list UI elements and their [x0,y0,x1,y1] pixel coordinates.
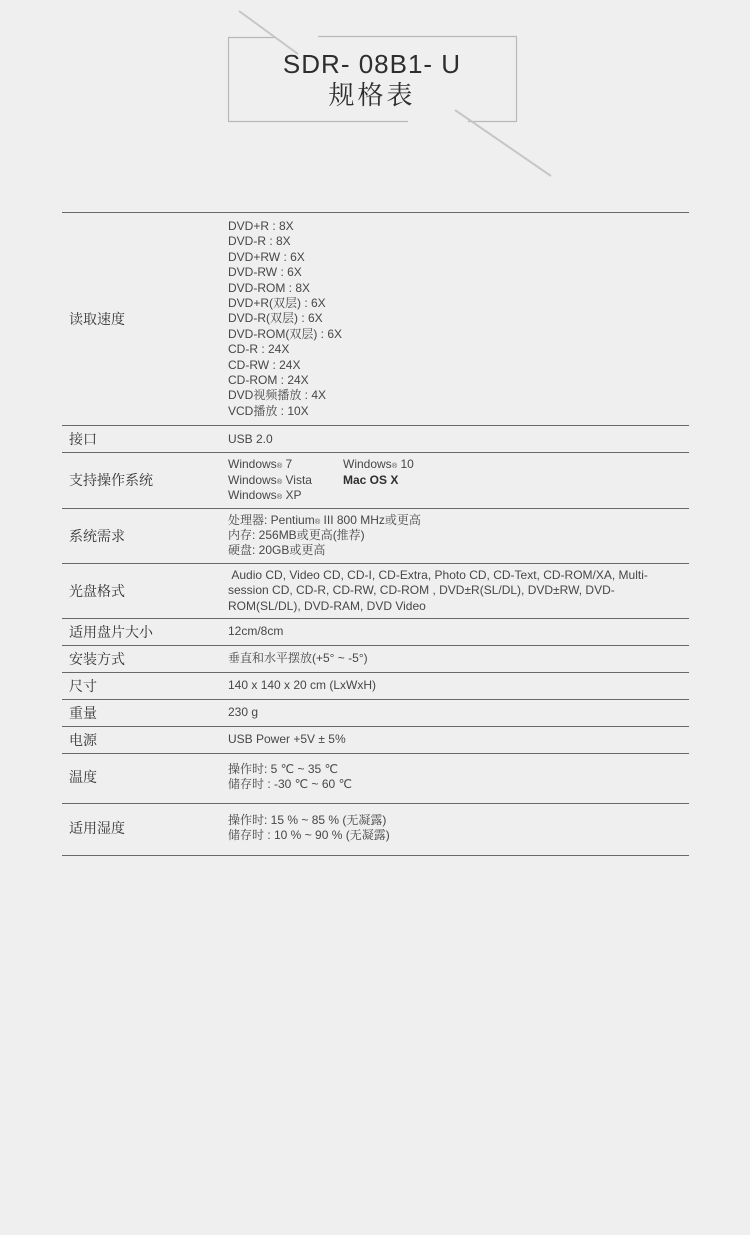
spec-row-label: 温度 [62,768,228,786]
os-item: Windows® Vista [228,473,343,488]
spec-value-line: 操作时: 5 ℃ ~ 35 ℃ [228,762,679,777]
spec-row-label: 系统需求 [62,527,228,545]
spec-value-line: DVD-RW : 6X [228,265,679,280]
spec-row: 读取速度 DVD+R : 8XDVD-R : 8XDVD+RW : 6XDVD-… [62,212,689,425]
spec-row: 适用湿度 操作时: 15 % ~ 85 % (无凝露)储存时 : 10 % ~ … [62,803,689,855]
spec-row-value: 操作时: 5 ℃ ~ 35 ℃储存时 : -30 ℃ ~ 60 ℃ [228,762,689,793]
spec-value-line: 操作时: 15 % ~ 85 % (无凝露) [228,813,679,828]
spec-row: 适用盘片大小 12cm/8cm [62,618,689,645]
os-column: Windows® 7Windows® VistaWindows® XP [228,457,343,503]
spec-row-label: 电源 [62,731,228,749]
spec-row-label: 安装方式 [62,650,228,668]
spec-row-value: USB Power +5V ± 5% [228,732,689,747]
spec-row-label: 尺寸 [62,677,228,695]
spec-value-line: USB Power +5V ± 5% [228,732,679,747]
spec-sheet-page: SDR- 08B1- U 规格表 读取速度 DVD+R : 8XDVD-R : … [0,0,750,1235]
spec-table: 读取速度 DVD+R : 8XDVD-R : 8XDVD+RW : 6XDVD-… [62,212,689,856]
os-item: Windows® 10 [343,457,414,472]
os-item: Windows® XP [228,488,343,503]
spec-value-line: DVD视频播放 : 4X [228,388,679,403]
spec-row-label: 光盘格式 [62,582,228,600]
spec-value-line: 储存时 : 10 % ~ 90 % (无凝露) [228,828,679,843]
spec-value-line: DVD+RW : 6X [228,250,679,265]
spec-row-value: 操作时: 15 % ~ 85 % (无凝露)储存时 : 10 % ~ 90 % … [228,813,689,844]
spec-row-value: 230 g [228,705,689,720]
registered-trademark-symbol: ® [392,461,397,470]
spec-value-line: DVD-ROM(双层) : 6X [228,327,679,342]
spec-row-value: 140 x 140 x 20 cm (LxWxH) [228,678,689,693]
spec-row-label: 读取速度 [62,310,228,328]
spec-row-value: 12cm/8cm [228,624,689,639]
spec-row-value: 处理器: Pentium® III 800 MHz或更高内存: 256MB或更高… [228,513,689,559]
title-block: SDR- 08B1- U 规格表 [228,37,516,122]
spec-value-line: 内存: 256MB或更高(推荐) [228,528,679,543]
spec-value-line: DVD-ROM : 8X [228,281,679,296]
spec-value-line: 230 g [228,705,679,720]
spec-value-line: CD-R : 24X [228,342,679,357]
spec-row-label: 接口 [62,430,228,448]
spec-row-value: USB 2.0 [228,432,689,447]
spec-row-label: 支持操作系统 [62,471,228,489]
spec-value-line: 垂直和水平摆放(+5° ~ -5°) [228,651,679,666]
spec-row: 光盘格式 Audio CD, Video CD, CD-I, CD-Extra,… [62,563,689,618]
os-item: Mac OS X [343,473,414,488]
spec-row-label: 适用湿度 [62,819,228,837]
spec-value-line: USB 2.0 [228,432,679,447]
registered-trademark-symbol: ® [277,477,282,486]
product-model-title: SDR- 08B1- U [283,49,461,79]
spec-value-line: CD-ROM : 24X [228,373,679,388]
spec-row: 温度 操作时: 5 ℃ ~ 35 ℃储存时 : -30 ℃ ~ 60 ℃ [62,753,689,803]
spec-value-line: 处理器: Pentium® III 800 MHz或更高 [228,513,679,528]
spec-value-paragraph: Audio CD, Video CD, CD-I, CD-Extra, Phot… [228,568,679,614]
registered-trademark-symbol: ® [277,461,282,470]
os-columns: Windows® 7Windows® VistaWindows® XPWindo… [228,457,679,503]
spec-value-line: DVD-R : 8X [228,234,679,249]
spec-row-value: DVD+R : 8XDVD-R : 8XDVD+RW : 6XDVD-RW : … [228,219,689,419]
spec-row-label: 适用盘片大小 [62,623,228,641]
registered-trademark-symbol: ® [315,517,320,526]
spec-row-label: 重量 [62,704,228,722]
spec-row: 重量 230 g [62,699,689,726]
spec-value-line: 硬盘: 20GB或更高 [228,543,679,558]
spec-row: 尺寸 140 x 140 x 20 cm (LxWxH) [62,672,689,699]
spec-row: 支持操作系统 Windows® 7Windows® VistaWindows® … [62,452,689,507]
spec-row: 系统需求 处理器: Pentium® III 800 MHz或更高内存: 256… [62,508,689,563]
spec-value-line: 储存时 : -30 ℃ ~ 60 ℃ [228,777,679,792]
os-column: Windows® 10Mac OS X [343,457,414,503]
spec-value-line: VCD播放 : 10X [228,404,679,419]
spec-value-line: DVD-R(双层) : 6X [228,311,679,326]
spec-value-line: 12cm/8cm [228,624,679,639]
spec-sheet-subtitle: 规格表 [328,79,415,111]
spec-row: 接口 USB 2.0 [62,425,689,452]
spec-row: 安装方式 垂直和水平摆放(+5° ~ -5°) [62,645,689,672]
registered-trademark-symbol: ® [277,492,282,501]
spec-value-line: 140 x 140 x 20 cm (LxWxH) [228,678,679,693]
spec-value-line: CD-RW : 24X [228,358,679,373]
spec-row-value: Windows® 7Windows® VistaWindows® XPWindo… [228,457,689,503]
spec-value-line: DVD+R : 8X [228,219,679,234]
spec-value-line: DVD+R(双层) : 6X [228,296,679,311]
spec-row: 电源 USB Power +5V ± 5% [62,726,689,753]
spec-row-value: Audio CD, Video CD, CD-I, CD-Extra, Phot… [228,568,689,614]
spec-row-value: 垂直和水平摆放(+5° ~ -5°) [228,651,689,666]
os-item: Windows® 7 [228,457,343,472]
